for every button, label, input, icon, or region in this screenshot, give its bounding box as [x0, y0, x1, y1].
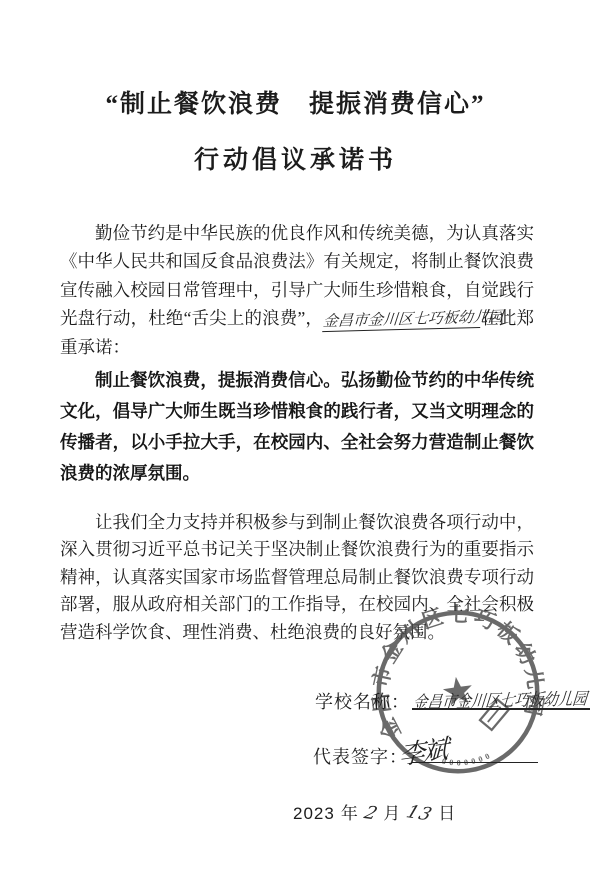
date-year-value: 2023 — [293, 804, 335, 823]
scanned-commitment-letter-page: “制止餐饮浪费 提振消费信心” 行动倡议承诺书 勤俭节约是中华民族的优良作风和传… — [0, 0, 591, 886]
date-day-label: 日 — [438, 804, 456, 823]
school-name-row: 学校名称：金昌市金川区七巧板幼儿园 — [315, 688, 590, 714]
document-title-line1: “制止餐饮浪费 提振消费信心” — [0, 84, 591, 120]
date-day-handwritten-value: 13 — [404, 802, 436, 826]
representative-handwritten-signature: 李斌 — [399, 728, 448, 772]
representative-signature-row: 代表签字： 李斌 — [313, 742, 538, 769]
date-row: 2023年2月13日 — [293, 799, 456, 824]
date-year-label: 年 — [341, 804, 359, 823]
school-name-label: 学校名称： — [315, 692, 410, 712]
date-month-handwritten-value: 2 — [361, 803, 381, 825]
stamp-organization-name: 金昌市金川区七巧板幼儿园 — [358, 591, 551, 744]
signer-label: 代表签字： — [313, 747, 408, 767]
paragraph-pledge-bold: 制止餐饮浪费，提振消费信心。弘扬勤俭节约的中华传统文化，倡导广大师生既当珍惜粮食… — [60, 365, 534, 489]
document-title-line2: 行动倡议承诺书 — [0, 140, 591, 176]
stamp-arc-text-holder: 金昌市金川区七巧板幼儿园 — [358, 591, 551, 744]
school-name-line: 金昌市金川区七巧板幼儿园 — [412, 688, 590, 710]
date-month-label: 月 — [383, 804, 401, 823]
paragraph-intro: 勤俭节约是中华民族的优良作风和传统美德，为认真落实《中华人民共和国反食品浪费法》… — [60, 219, 534, 362]
school-name-handwritten-fill: 金昌市金川区七巧板幼儿园 — [322, 307, 482, 332]
school-name-handwritten-value: 金昌市金川区七巧板幼儿园 — [412, 684, 588, 713]
